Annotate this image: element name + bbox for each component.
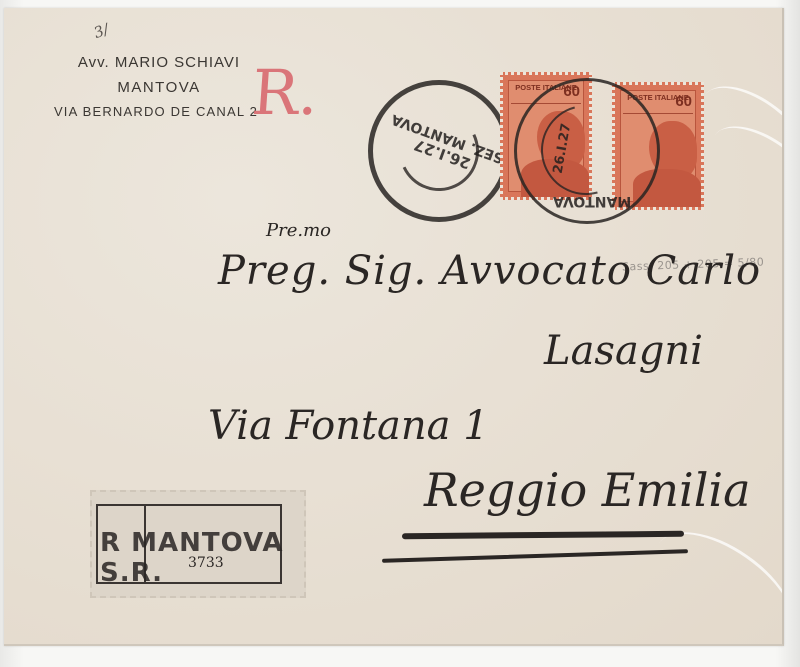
registration-number: 3733 [188,555,224,571]
postmark-right-text: MANTOVA [553,193,631,209]
recipient-street: Via Fontana 1 [208,403,489,449]
city-underline [402,531,684,539]
reference-note: 3/ [91,20,111,42]
envelope: 3/ Avv. MARIO SCHIAVI MANTOVA VIA BERNAR… [4,8,784,646]
registration-label: R MANTOVA S.R. 3733 [90,490,306,598]
postmark-right: MANTOVA 26.I.27 [514,78,660,224]
postmark-left: PACC. SEZ. MANTOVA 26.I.27 [368,80,510,222]
sender-name: Avv. MARIO SCHIAVI [54,54,264,71]
recipient-surname: Lasagni [544,328,703,374]
sender-street: VIA BERNARDO DE CANAL 2 [48,104,264,119]
sender-city: MANTOVA [54,79,264,96]
salutation: Pre.mo [266,220,331,241]
sender-letterhead: Avv. MARIO SCHIAVI MANTOVA VIA BERNARDO … [54,54,264,119]
recipient-title: Preg. Sig. Avvocato Carlo [218,248,761,294]
registration-prefix: R [100,528,121,558]
city-underline [382,549,688,563]
recipient-city: Reggio Emilia [424,463,751,517]
registered-mark: R. [249,56,320,129]
stamp-value: 60 [675,93,692,110]
